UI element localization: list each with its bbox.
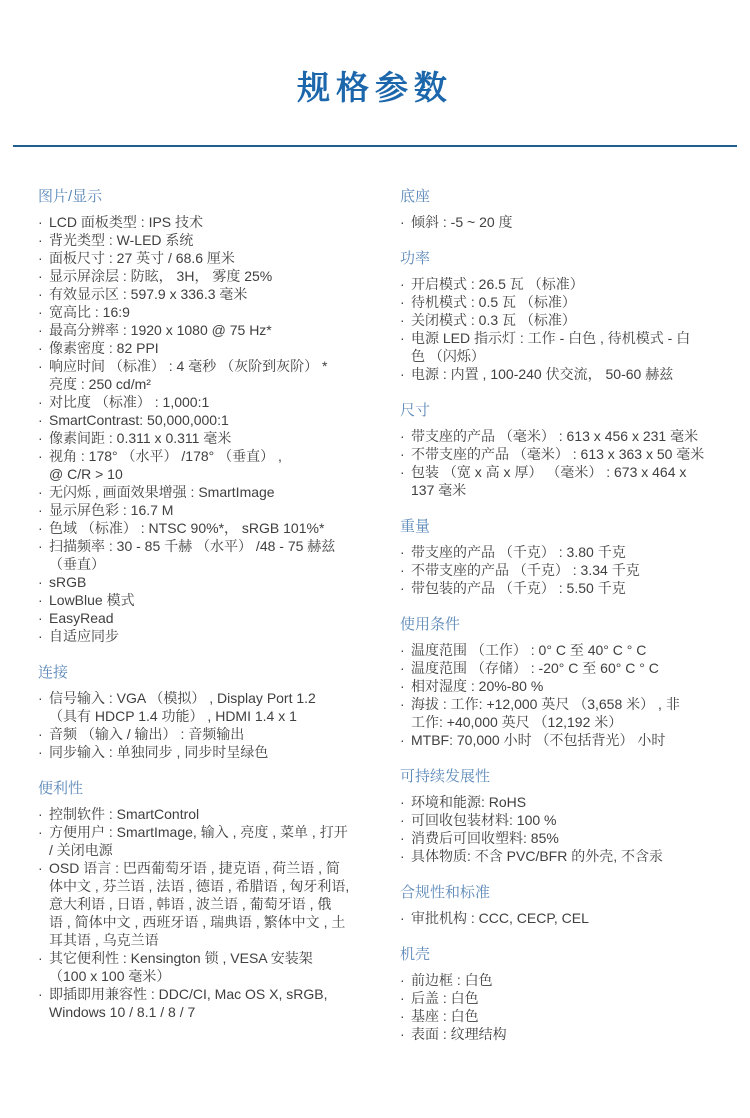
spec-line: 消费后可回收塑料: 85%: [411, 829, 730, 847]
spec-line: MTBF: 70,000 小时 （不包括背光） 小时: [411, 731, 730, 749]
spec-item: ·有效显示区 : 597.9 x 336.3 毫米: [38, 285, 380, 303]
spec-item: ·基座 : 白色: [400, 1007, 730, 1025]
bullet-dot-icon: ·: [38, 519, 48, 537]
spec-columns: 图片/显示·LCD 面板类型 : IPS 技术·背光类型 : W-LED 系统·…: [0, 147, 750, 1043]
spec-line: 审批机构 : CCC, CECP, CEL: [411, 909, 730, 927]
spec-item: ·带包装的产品 （千克） : 5.50 千克: [400, 579, 730, 597]
spec-item: ·视角 : 178° （水平） /178° （垂直） ,@ C/R > 10: [38, 447, 380, 483]
bullet-dot-icon: ·: [400, 847, 410, 865]
spec-item: ·不带支座的产品 （毫米） : 613 x 363 x 50 毫米: [400, 445, 730, 463]
bullet-dot-icon: ·: [400, 1025, 410, 1043]
spec-line: 包装 （宽 x 高 x 厚） （毫米） : 673 x 464 x: [411, 463, 730, 481]
spec-line: SmartContrast: 50,000,000:1: [49, 411, 380, 429]
spec-item: ·相对湿度 : 20%-80 %: [400, 677, 730, 695]
spec-list: ·温度范围 （工作） : 0° C 至 40° C ° C·温度范围 （存储） …: [400, 641, 730, 749]
spec-list: ·LCD 面板类型 : IPS 技术·背光类型 : W-LED 系统·面板尺寸 …: [38, 213, 380, 645]
bullet-dot-icon: ·: [38, 339, 48, 357]
spec-line: 环境和能源: RoHS: [411, 793, 730, 811]
spec-line: sRGB: [49, 573, 380, 591]
spec-line: LowBlue 模式: [49, 591, 380, 609]
spec-item: ·控制软件 : SmartControl: [38, 805, 380, 823]
spec-line-continued: @ C/R > 10: [49, 465, 380, 483]
bullet-dot-icon: ·: [38, 985, 48, 1003]
spec-item: ·面板尺寸 : 27 英寸 / 68.6 厘米: [38, 249, 380, 267]
bullet-dot-icon: ·: [38, 321, 48, 339]
spec-line-continued: （垂直）: [49, 555, 380, 573]
spec-section: 图片/显示·LCD 面板类型 : IPS 技术·背光类型 : W-LED 系统·…: [38, 187, 380, 645]
spec-line-continued: 耳其语 , 乌克兰语: [49, 931, 380, 949]
spec-line: 像素密度 : 82 PPI: [49, 339, 380, 357]
bullet-dot-icon: ·: [400, 971, 410, 989]
spec-list: ·控制软件 : SmartControl·方便用户 : SmartImage, …: [38, 805, 380, 1021]
spec-line: 背光类型 : W-LED 系统: [49, 231, 380, 249]
spec-line-continued: 体中文 , 芬兰语 , 法语 , 德语 , 希腊语 , 匈牙利语,: [49, 877, 380, 895]
spec-list: ·环境和能源: RoHS·可回收包装材料: 100 %·消费后可回收塑料: 85…: [400, 793, 730, 865]
bullet-dot-icon: ·: [400, 989, 410, 1007]
spec-line: 最高分辨率 : 1920 x 1080 @ 75 Hz*: [49, 321, 380, 339]
spec-line: 电源 LED 指示灯 : 工作 - 白色 , 待机模式 - 白: [411, 329, 730, 347]
spec-section: 可持续发展性·环境和能源: RoHS·可回收包装材料: 100 %·消费后可回收…: [400, 767, 730, 865]
spec-item: ·宽高比 : 16:9: [38, 303, 380, 321]
spec-line: 信号输入 : VGA （模拟） , Display Port 1.2: [49, 689, 380, 707]
spec-line-continued: 137 毫米: [411, 481, 730, 499]
spec-line-continued: （具有 HDCP 1.4 功能） , HDMI 1.4 x 1: [49, 707, 380, 725]
spec-item: ·sRGB: [38, 573, 380, 591]
section-heading: 连接: [38, 663, 380, 683]
spec-item: ·显示屏色彩 : 16.7 M: [38, 501, 380, 519]
spec-item: ·即插即用兼容性 : DDC/CI, Mac OS X, sRGB,Window…: [38, 985, 380, 1021]
section-heading: 尺寸: [400, 401, 730, 421]
bullet-dot-icon: ·: [38, 537, 48, 555]
bullet-dot-icon: ·: [38, 267, 48, 285]
bullet-dot-icon: ·: [38, 805, 48, 823]
spec-section: 尺寸·带支座的产品 （毫米） : 613 x 456 x 231 毫米·不带支座…: [400, 401, 730, 499]
right-column: 底座·倾斜 : -5 ~ 20 度功率·开启模式 : 26.5 瓦 （标准）·待…: [400, 187, 730, 1043]
bullet-dot-icon: ·: [400, 677, 410, 695]
spec-item: ·环境和能源: RoHS: [400, 793, 730, 811]
spec-item: ·带支座的产品 （千克） : 3.80 千克: [400, 543, 730, 561]
bullet-dot-icon: ·: [400, 641, 410, 659]
spec-line: 关闭模式 : 0.3 瓦 （标准）: [411, 311, 730, 329]
spec-item: ·温度范围 （工作） : 0° C 至 40° C ° C: [400, 641, 730, 659]
spec-section: 便利性·控制软件 : SmartControl·方便用户 : SmartImag…: [38, 779, 380, 1021]
spec-item: ·消费后可回收塑料: 85%: [400, 829, 730, 847]
spec-line: 宽高比 : 16:9: [49, 303, 380, 321]
spec-line-continued: 意大利语 , 日语 , 韩语 , 波兰语 , 葡萄牙语 , 俄: [49, 895, 380, 913]
spec-list: ·信号输入 : VGA （模拟） , Display Port 1.2（具有 H…: [38, 689, 380, 761]
spec-list: ·带支座的产品 （千克） : 3.80 千克·不带支座的产品 （千克） : 3.…: [400, 543, 730, 597]
spec-line: 有效显示区 : 597.9 x 336.3 毫米: [49, 285, 380, 303]
bullet-dot-icon: ·: [400, 579, 410, 597]
page-title: 规格参数: [0, 0, 750, 109]
spec-item: ·同步输入 : 单独同步 , 同步时呈绿色: [38, 743, 380, 761]
spec-item: ·无闪烁 , 画面效果增强 : SmartImage: [38, 483, 380, 501]
bullet-dot-icon: ·: [400, 213, 410, 231]
spec-item: ·OSD 语言 : 巴西葡萄牙语 , 捷克语 , 荷兰语 , 简体中文 , 芬兰…: [38, 859, 380, 949]
spec-item: ·具体物质: 不含 PVC/BFR 的外壳, 不含汞: [400, 847, 730, 865]
bullet-dot-icon: ·: [38, 303, 48, 321]
bullet-dot-icon: ·: [38, 411, 48, 429]
spec-section: 底座·倾斜 : -5 ~ 20 度: [400, 187, 730, 231]
spec-line-continued: （100 x 100 毫米）: [49, 967, 380, 985]
spec-item: ·响应时间 （标准） : 4 毫秒 （灰阶到灰阶） *亮度 : 250 cd/m…: [38, 357, 380, 393]
left-column: 图片/显示·LCD 面板类型 : IPS 技术·背光类型 : W-LED 系统·…: [38, 187, 380, 1021]
spec-line: 后盖 : 白色: [411, 989, 730, 1007]
bullet-dot-icon: ·: [400, 793, 410, 811]
spec-page: 规格参数 图片/显示·LCD 面板类型 : IPS 技术·背光类型 : W-LE…: [0, 0, 750, 1118]
spec-line: 海拔 : 工作: +12,000 英尺 （3,658 米） , 非: [411, 695, 730, 713]
spec-item: ·不带支座的产品 （千克） : 3.34 千克: [400, 561, 730, 579]
spec-item: ·信号输入 : VGA （模拟） , Display Port 1.2（具有 H…: [38, 689, 380, 725]
spec-line: 可回收包装材料: 100 %: [411, 811, 730, 829]
spec-item: ·电源 : 内置 , 100-240 伏交流， 50-60 赫兹: [400, 365, 730, 383]
spec-line-continued: 语 , 简体中文 , 西班牙语 , 瑞典语 , 繁体中文 , 土: [49, 913, 380, 931]
bullet-dot-icon: ·: [400, 1007, 410, 1025]
spec-line: 扫描频率 : 30 - 85 千赫 （水平） /48 - 75 赫兹: [49, 537, 380, 555]
spec-line: OSD 语言 : 巴西葡萄牙语 , 捷克语 , 荷兰语 , 简: [49, 859, 380, 877]
spec-list: ·倾斜 : -5 ~ 20 度: [400, 213, 730, 231]
bullet-dot-icon: ·: [38, 689, 48, 707]
spec-line: 表面 : 纹理结构: [411, 1025, 730, 1043]
bullet-dot-icon: ·: [400, 275, 410, 293]
spec-item: ·自适应同步: [38, 627, 380, 645]
spec-section: 机壳·前边框 : 白色·后盖 : 白色·基座 : 白色·表面 : 纹理结构: [400, 945, 730, 1043]
bullet-dot-icon: ·: [38, 949, 48, 967]
bullet-dot-icon: ·: [38, 859, 48, 877]
spec-line: 温度范围 （工作） : 0° C 至 40° C ° C: [411, 641, 730, 659]
bullet-dot-icon: ·: [400, 427, 410, 445]
spec-line: 带支座的产品 （毫米） : 613 x 456 x 231 毫米: [411, 427, 730, 445]
spec-line: 即插即用兼容性 : DDC/CI, Mac OS X, sRGB,: [49, 985, 380, 1003]
spec-item: ·MTBF: 70,000 小时 （不包括背光） 小时: [400, 731, 730, 749]
spec-line: 不带支座的产品 （千克） : 3.34 千克: [411, 561, 730, 579]
bullet-dot-icon: ·: [400, 909, 410, 927]
spec-line: 开启模式 : 26.5 瓦 （标准）: [411, 275, 730, 293]
spec-line: 同步输入 : 单独同步 , 同步时呈绿色: [49, 743, 380, 761]
spec-line: LCD 面板类型 : IPS 技术: [49, 213, 380, 231]
spec-item: ·电源 LED 指示灯 : 工作 - 白色 , 待机模式 - 白色 （闪烁）: [400, 329, 730, 365]
bullet-dot-icon: ·: [38, 393, 48, 411]
spec-line: 温度范围 （存储） : -20° C 至 60° C ° C: [411, 659, 730, 677]
spec-item: ·其它便利性 : Kensington 锁 , VESA 安装架（100 x 1…: [38, 949, 380, 985]
bullet-dot-icon: ·: [400, 329, 410, 347]
bullet-dot-icon: ·: [38, 447, 48, 465]
spec-item: ·海拔 : 工作: +12,000 英尺 （3,658 米） , 非工作: +4…: [400, 695, 730, 731]
bullet-dot-icon: ·: [38, 285, 48, 303]
bullet-dot-icon: ·: [38, 357, 48, 375]
section-heading: 图片/显示: [38, 187, 380, 207]
bullet-dot-icon: ·: [38, 743, 48, 761]
bullet-dot-icon: ·: [400, 311, 410, 329]
spec-line: 倾斜 : -5 ~ 20 度: [411, 213, 730, 231]
spec-item: ·温度范围 （存储） : -20° C 至 60° C ° C: [400, 659, 730, 677]
spec-line: 对比度 （标准） : 1,000:1: [49, 393, 380, 411]
bullet-dot-icon: ·: [400, 463, 410, 481]
spec-section: 功率·开启模式 : 26.5 瓦 （标准）·待机模式 : 0.5 瓦 （标准）·…: [400, 249, 730, 383]
bullet-dot-icon: ·: [38, 591, 48, 609]
bullet-dot-icon: ·: [38, 725, 48, 743]
spec-line-continued: 色 （闪烁）: [411, 347, 730, 365]
bullet-dot-icon: ·: [400, 811, 410, 829]
spec-line: 像素间距 : 0.311 x 0.311 毫米: [49, 429, 380, 447]
spec-item: ·像素密度 : 82 PPI: [38, 339, 380, 357]
spec-line-continued: 工作: +40,000 英尺 （12,192 米）: [411, 713, 730, 731]
section-heading: 使用条件: [400, 615, 730, 635]
spec-item: ·对比度 （标准） : 1,000:1: [38, 393, 380, 411]
bullet-dot-icon: ·: [400, 293, 410, 311]
spec-line: 响应时间 （标准） : 4 毫秒 （灰阶到灰阶） *: [49, 357, 380, 375]
bullet-dot-icon: ·: [38, 429, 48, 447]
section-heading: 重量: [400, 517, 730, 537]
spec-item: ·带支座的产品 （毫米） : 613 x 456 x 231 毫米: [400, 427, 730, 445]
bullet-dot-icon: ·: [400, 561, 410, 579]
spec-item: ·色域 （标准） : NTSC 90%*， sRGB 101%*: [38, 519, 380, 537]
bullet-dot-icon: ·: [400, 829, 410, 847]
spec-line: 相对湿度 : 20%-80 %: [411, 677, 730, 695]
section-heading: 合规性和标准: [400, 883, 730, 903]
bullet-dot-icon: ·: [38, 573, 48, 591]
spec-item: ·可回收包装材料: 100 %: [400, 811, 730, 829]
spec-line: 带支座的产品 （千克） : 3.80 千克: [411, 543, 730, 561]
spec-line: 其它便利性 : Kensington 锁 , VESA 安装架: [49, 949, 380, 967]
bullet-dot-icon: ·: [400, 445, 410, 463]
section-heading: 便利性: [38, 779, 380, 799]
spec-line: 待机模式 : 0.5 瓦 （标准）: [411, 293, 730, 311]
spec-line: 色域 （标准） : NTSC 90%*， sRGB 101%*: [49, 519, 380, 537]
bullet-dot-icon: ·: [38, 823, 48, 841]
spec-line: 视角 : 178° （水平） /178° （垂直） ,: [49, 447, 380, 465]
bullet-dot-icon: ·: [400, 731, 410, 749]
spec-item: ·表面 : 纹理结构: [400, 1025, 730, 1043]
spec-item: ·EasyRead: [38, 609, 380, 627]
spec-line: 不带支座的产品 （毫米） : 613 x 363 x 50 毫米: [411, 445, 730, 463]
bullet-dot-icon: ·: [400, 659, 410, 677]
spec-item: ·审批机构 : CCC, CECP, CEL: [400, 909, 730, 927]
spec-item: ·像素间距 : 0.311 x 0.311 毫米: [38, 429, 380, 447]
spec-section: 合规性和标准·审批机构 : CCC, CECP, CEL: [400, 883, 730, 927]
spec-section: 重量·带支座的产品 （千克） : 3.80 千克·不带支座的产品 （千克） : …: [400, 517, 730, 597]
section-heading: 功率: [400, 249, 730, 269]
bullet-dot-icon: ·: [400, 365, 410, 383]
spec-item: ·音频 （输入 / 输出） : 音频输出: [38, 725, 380, 743]
section-heading: 机壳: [400, 945, 730, 965]
spec-item: ·LCD 面板类型 : IPS 技术: [38, 213, 380, 231]
spec-item: ·前边框 : 白色: [400, 971, 730, 989]
spec-line: 无闪烁 , 画面效果增强 : SmartImage: [49, 483, 380, 501]
spec-line-continued: Windows 10 / 8.1 / 8 / 7: [49, 1003, 380, 1021]
spec-item: ·倾斜 : -5 ~ 20 度: [400, 213, 730, 231]
spec-section: 使用条件·温度范围 （工作） : 0° C 至 40° C ° C·温度范围 （…: [400, 615, 730, 749]
spec-line: 带包装的产品 （千克） : 5.50 千克: [411, 579, 730, 597]
spec-line: 具体物质: 不含 PVC/BFR 的外壳, 不含汞: [411, 847, 730, 865]
bullet-dot-icon: ·: [38, 249, 48, 267]
bullet-dot-icon: ·: [400, 695, 410, 713]
spec-line: 面板尺寸 : 27 英寸 / 68.6 厘米: [49, 249, 380, 267]
spec-item: ·开启模式 : 26.5 瓦 （标准）: [400, 275, 730, 293]
bullet-dot-icon: ·: [38, 609, 48, 627]
spec-line: 显示屏涂层 : 防眩， 3H， 雾度 25%: [49, 267, 380, 285]
spec-line: 电源 : 内置 , 100-240 伏交流， 50-60 赫兹: [411, 365, 730, 383]
spec-item: ·后盖 : 白色: [400, 989, 730, 1007]
bullet-dot-icon: ·: [38, 213, 48, 231]
spec-item: ·关闭模式 : 0.3 瓦 （标准）: [400, 311, 730, 329]
spec-item: ·待机模式 : 0.5 瓦 （标准）: [400, 293, 730, 311]
spec-line-continued: 亮度 : 250 cd/m²: [49, 375, 380, 393]
section-heading: 底座: [400, 187, 730, 207]
spec-item: ·包装 （宽 x 高 x 厚） （毫米） : 673 x 464 x137 毫米: [400, 463, 730, 499]
spec-list: ·前边框 : 白色·后盖 : 白色·基座 : 白色·表面 : 纹理结构: [400, 971, 730, 1043]
bullet-dot-icon: ·: [38, 627, 48, 645]
spec-list: ·带支座的产品 （毫米） : 613 x 456 x 231 毫米·不带支座的产…: [400, 427, 730, 499]
spec-item: ·最高分辨率 : 1920 x 1080 @ 75 Hz*: [38, 321, 380, 339]
section-heading: 可持续发展性: [400, 767, 730, 787]
spec-item: ·显示屏涂层 : 防眩， 3H， 雾度 25%: [38, 267, 380, 285]
spec-line: 控制软件 : SmartControl: [49, 805, 380, 823]
spec-item: ·LowBlue 模式: [38, 591, 380, 609]
bullet-dot-icon: ·: [400, 543, 410, 561]
bullet-dot-icon: ·: [38, 231, 48, 249]
bullet-dot-icon: ·: [38, 501, 48, 519]
spec-item: ·背光类型 : W-LED 系统: [38, 231, 380, 249]
spec-line-continued: / 关闭电源: [49, 841, 380, 859]
spec-line: EasyRead: [49, 609, 380, 627]
spec-item: ·SmartContrast: 50,000,000:1: [38, 411, 380, 429]
spec-section: 连接·信号输入 : VGA （模拟） , Display Port 1.2（具有…: [38, 663, 380, 761]
spec-list: ·开启模式 : 26.5 瓦 （标准）·待机模式 : 0.5 瓦 （标准）·关闭…: [400, 275, 730, 383]
spec-list: ·审批机构 : CCC, CECP, CEL: [400, 909, 730, 927]
spec-line: 前边框 : 白色: [411, 971, 730, 989]
spec-item: ·方便用户 : SmartImage, 输入 , 亮度 , 菜单 , 打开/ 关…: [38, 823, 380, 859]
spec-line: 方便用户 : SmartImage, 输入 , 亮度 , 菜单 , 打开: [49, 823, 380, 841]
spec-item: ·扫描频率 : 30 - 85 千赫 （水平） /48 - 75 赫兹（垂直）: [38, 537, 380, 573]
spec-line: 自适应同步: [49, 627, 380, 645]
spec-line: 显示屏色彩 : 16.7 M: [49, 501, 380, 519]
bullet-dot-icon: ·: [38, 483, 48, 501]
spec-line: 基座 : 白色: [411, 1007, 730, 1025]
spec-line: 音频 （输入 / 输出） : 音频输出: [49, 725, 380, 743]
